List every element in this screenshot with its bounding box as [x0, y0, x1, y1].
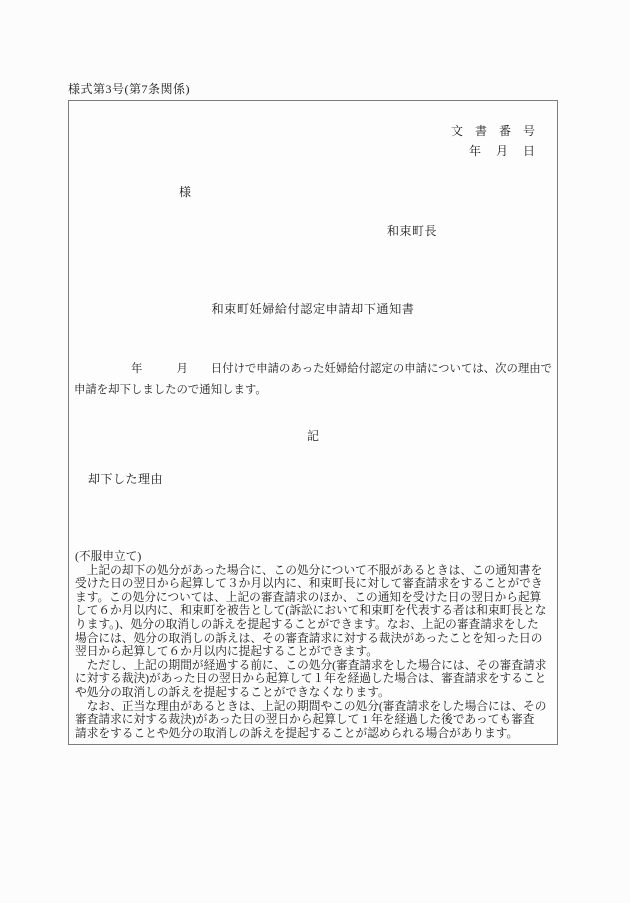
- appeal-line: して６か月以内に、和束町を被告として(訴訟において和束町を代表する者は和束町長と…: [75, 604, 553, 618]
- appeal-line: ります。)、処分の取消しの訴えを提起することができます。なお、上記の審査請求をし…: [75, 618, 553, 632]
- document-page: 様式第3号(第7条関係) 文 書 番 号 年 月 日 様 和束町長 和束町妊婦給…: [0, 0, 630, 903]
- body-paragraph: 年 月 日付けで申請のあった妊婦給付認定の申請については、次の理由で 申請を却下…: [74, 359, 554, 401]
- appeal-line: や処分の取消しの訴えを提起することができなくなります。: [75, 686, 553, 700]
- appeal-line: ます。この処分については、上記の審査請求のほか、この通知を受けた日の翌日から起算: [75, 591, 553, 605]
- body-line: 年 月 日付けで申請のあった妊婦給付認定の申請については、次の理由で: [74, 359, 554, 380]
- addressee-line: 様: [179, 183, 191, 200]
- body-line: 申請を却下しましたので通知します。: [74, 380, 554, 401]
- appeal-line: 翌日から起算して６か月以内に提起することができます。: [75, 645, 553, 659]
- ki-heading: 記: [69, 427, 557, 444]
- appeal-section: (不服申立て) 上記の却下の処分があった場合に、この処分について不服があるときは…: [75, 550, 553, 740]
- document-date-label: 年 月 日: [469, 142, 535, 159]
- appeal-line: 受けた日の翌日から起算して３か月以内に、和束町長に対して審査請求をすることができ: [75, 577, 553, 591]
- appeal-line: 場合には、処分の取消しの訴えは、その審査請求に対する裁決があったことを知った日の: [75, 632, 553, 646]
- form-number-label: 様式第3号(第7条関係): [68, 80, 190, 97]
- document-number-label: 文 書 番 号: [451, 122, 535, 139]
- appeal-line: 請求をすることや処分の取消しの訴えを提起することが認められる場合があります。: [75, 727, 553, 741]
- appeal-line: ただし、上記の期間が経過する前に、この処分(審査請求をした場合には、その審査請求: [75, 659, 553, 673]
- appeal-line: 上記の却下の処分があった場合に、この処分について不服があるときは、この通知書を: [75, 564, 553, 578]
- appeal-line: に対する裁決)があった日の翌日から起算して１年を経過した場合は、審査請求をするこ…: [75, 672, 553, 686]
- appeal-line: 審査請求に対する裁決)があった日の翌日から起算して 1 年を経過した後であっても…: [75, 713, 553, 727]
- document-box: 文 書 番 号 年 月 日 様 和束町長 和束町妊婦給付認定申請却下通知書 年 …: [68, 100, 558, 745]
- sender-line: 和束町長: [387, 222, 437, 239]
- rejection-reason-label: 却下した理由: [88, 470, 163, 487]
- document-title: 和束町妊婦給付認定申請却下通知書: [69, 300, 557, 317]
- appeal-section-title: (不服申立て): [75, 550, 553, 564]
- appeal-line: なお、正当な理由があるときは、上記の期間やこの処分(審査請求をした場合には、その: [75, 700, 553, 714]
